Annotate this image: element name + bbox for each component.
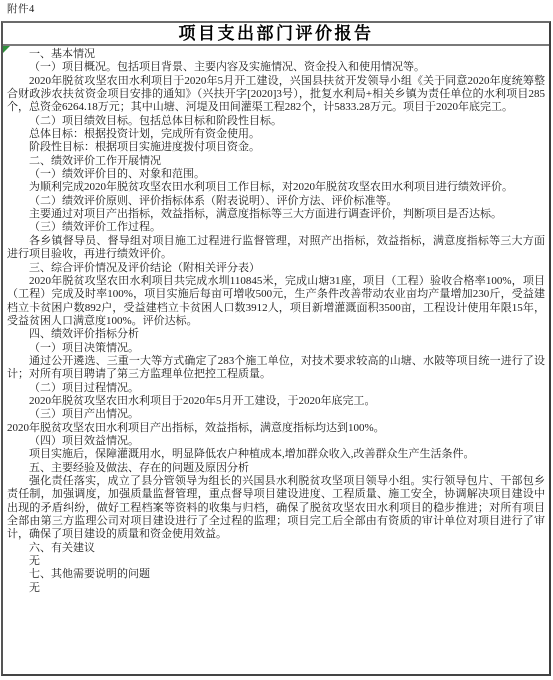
body-paragraph: （三）绩效评价工作过程。 [7, 221, 545, 234]
report-box: 项目支出部门评价报告 一、基本情况 （一）项目概况。包括项目背景、主要内容及实施… [1, 21, 551, 676]
cell-corner-indicator-icon [3, 46, 10, 53]
body-paragraph: （一）项目概况。包括项目背景、主要内容及实施情况、资金投入和使用情况等。 [7, 61, 545, 74]
body-paragraph: 三、综合评价情况及评价结论（附相关评分表） [7, 262, 545, 275]
body-paragraph: （二）绩效评价原则、评价指标体系（附表说明）、评价方法、评价标准等。 [7, 195, 545, 208]
body-paragraph: 2020年脱贫攻坚农田水利项目于2020年5月开工建设，兴国县扶贫开发领导小组《… [7, 75, 545, 115]
body-paragraph: 阶段性目标：根据项目实施进度拨付项目资金。 [7, 141, 545, 154]
body-paragraph: （二）项目过程情况。 [7, 382, 545, 395]
body-paragraph: 通过公开遴选、三重一大等方式确定了283个施工单位，对技术要求较高的山塘、水陂等… [7, 355, 545, 382]
body-paragraph: 主要通过对项目产出指标，效益指标，满意度指标等三大方面进行调查评价，判断项目是否… [7, 208, 545, 221]
body-paragraph: 无 [7, 555, 545, 568]
attachment-label: 附件4 [7, 1, 35, 16]
report-body: 一、基本情况 （一）项目概况。包括项目背景、主要内容及实施情况、资金投入和使用情… [3, 46, 549, 674]
body-paragraph: 一、基本情况 [7, 48, 545, 61]
body-paragraph: 2020年脱贫攻坚农田水利项目于2020年5月开工建设，于2020年底完工。 [7, 395, 545, 408]
body-paragraph: （一）项目决策情况。 [7, 342, 545, 355]
body-paragraph: （三）项目产出情况。 [7, 408, 545, 421]
body-paragraph: 二、绩效评价工作开展情况 [7, 155, 545, 168]
body-paragraph: 强化责任落实，成立了县分管领导为组长的兴国县水利脱贫攻坚项目领导小组。实行领导包… [7, 475, 545, 542]
body-paragraph: 四、绩效评价指标分析 [7, 328, 545, 341]
body-paragraph: 七、其他需要说明的问题 [7, 568, 545, 581]
body-paragraph: 各乡镇督导员、督导组对项目施工过程进行监督管理，对照产出指标，效益指标，满意度指… [7, 235, 545, 262]
body-paragraph: 2020年脱贫攻坚农田水利项目共完成水圳110845米，完成山塘31座，项目（工… [7, 275, 545, 328]
body-paragraph: （一）绩效评价目的、对象和范围。 [7, 168, 545, 181]
body-paragraph: 为顺利完成2020年脱贫攻坚农田水利项目工作目标，对2020年脱贫攻坚农田水利项… [7, 181, 545, 194]
report-title: 项目支出部门评价报告 [3, 23, 549, 46]
body-paragraph: 五、主要经验及做法、存在的问题及原因分析 [7, 462, 545, 475]
body-paragraph: 无 [7, 582, 545, 595]
body-paragraph: 六、有关建议 [7, 542, 545, 555]
body-paragraph: 项目实施后，保障灌溉用水，明显降低农户种植成本,增加群众收入,改善群众生产生活条… [7, 448, 545, 461]
body-paragraph: （二）项目绩效目标。包括总体目标和阶段性目标。 [7, 115, 545, 128]
body-paragraph: （四）项目效益情况。 [7, 435, 545, 448]
body-paragraph: 总体目标：根据投资计划，完成所有资金使用。 [7, 128, 545, 141]
body-paragraph: 2020年脱贫攻坚农田水利项目产出指标，效益指标，满意度指标均达到100%。 [7, 422, 545, 435]
document-page: { "attachment_label": "附件4", "title": "项… [0, 0, 553, 680]
